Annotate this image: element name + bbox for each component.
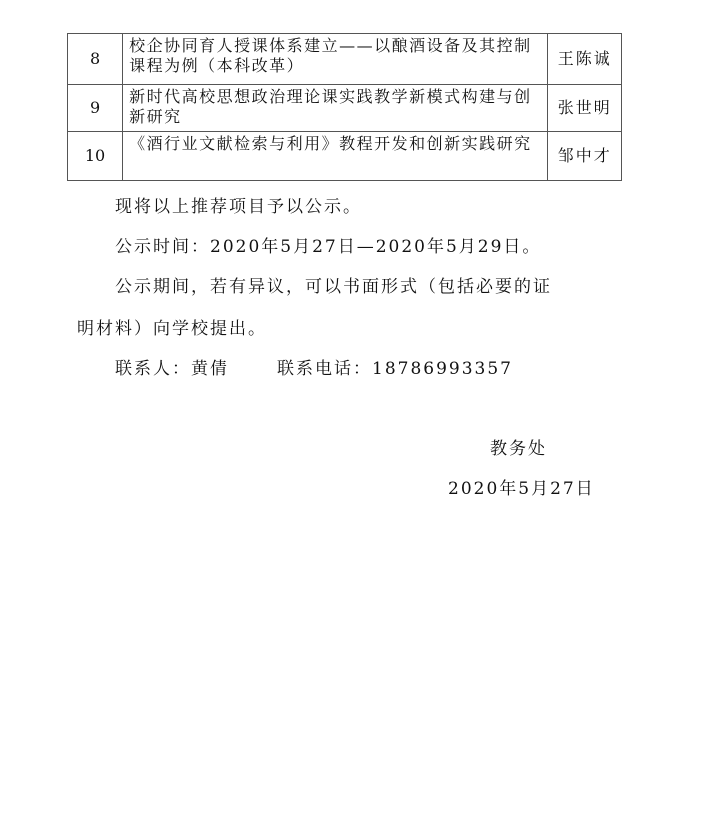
project-title: 《酒行业文献检索与利用》教程开发和创新实践研究 <box>123 132 548 181</box>
project-leader: 张世明 <box>548 85 622 132</box>
project-title: 新时代高校思想政治理论课实践教学新模式构建与创新研究 <box>123 85 548 132</box>
project-table: 8 校企协同育人授课体系建立——以酿酒设备及其控制课程为例（本科改革） 王陈诚 … <box>67 33 622 181</box>
table-row: 8 校企协同育人授课体系建立——以酿酒设备及其控制课程为例（本科改革） 王陈诚 <box>68 34 622 85</box>
objection-text-line1: 公示期间，若有异议，可以书面形式（包括必要的证 <box>115 272 552 297</box>
row-number: 9 <box>68 85 123 132</box>
project-leader: 邹中才 <box>548 132 622 181</box>
project-leader: 王陈诚 <box>548 34 622 85</box>
row-number: 10 <box>68 132 123 181</box>
announce-text: 现将以上推荐项目予以公示。 <box>115 192 362 217</box>
project-title: 校企协同育人授课体系建立——以酿酒设备及其控制课程为例（本科改革） <box>123 34 548 85</box>
contact-line: 联系人：黄倩联系电话：18786993357 <box>115 354 513 379</box>
objection-text-line2: 明材料）向学校提出。 <box>77 314 267 339</box>
contact-phone: 联系电话：18786993357 <box>277 359 513 379</box>
contact-person: 联系人：黄倩 <box>115 359 229 379</box>
period-text: 公示时间：2020年5月27日—2020年5月29日。 <box>115 232 541 257</box>
signature-date: 2020年5月27日 <box>448 474 595 499</box>
signature-office: 教务处 <box>490 434 547 459</box>
table-row: 9 新时代高校思想政治理论课实践教学新模式构建与创新研究 张世明 <box>68 85 622 132</box>
table-row: 10 《酒行业文献检索与利用》教程开发和创新实践研究 邹中才 <box>68 132 622 181</box>
row-number: 8 <box>68 34 123 85</box>
